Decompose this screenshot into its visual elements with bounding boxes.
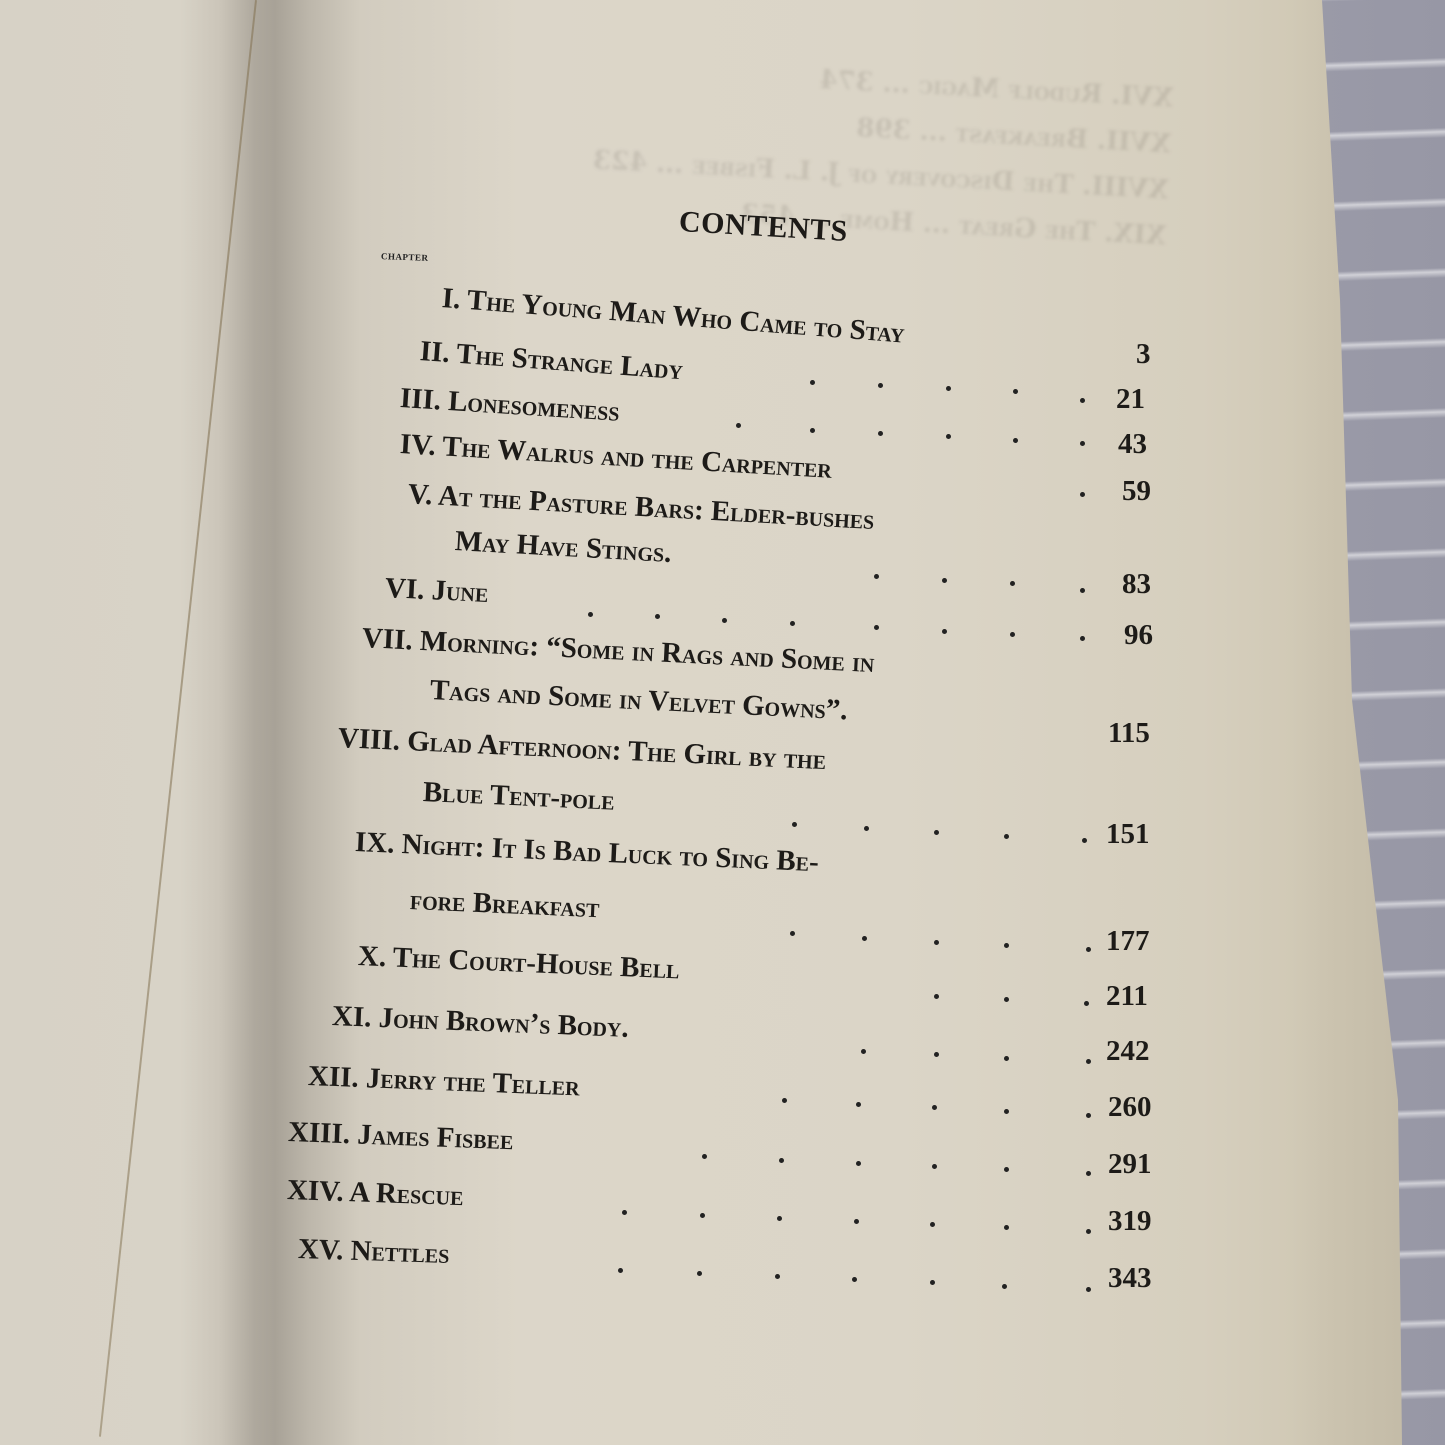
chapter-title: James Fisbee xyxy=(357,1119,514,1157)
chapter-page: 319 xyxy=(1108,1205,1152,1238)
page-title: CONTENTS xyxy=(678,205,849,249)
leader-dot xyxy=(782,1098,787,1103)
leader-dot xyxy=(697,1271,702,1276)
chapter-row: X. The Court-House Bell xyxy=(357,940,680,986)
chapter-row: I. The Young Man Who Came to Stay xyxy=(441,282,906,350)
leader-dot xyxy=(942,629,947,634)
chapter-page: 211 xyxy=(1106,980,1148,1013)
chapter-page: 96 xyxy=(1124,619,1153,652)
chapter-title: Night: It Is Bad Luck to Sing Be- xyxy=(401,828,819,878)
chapter-numeral: XV. xyxy=(297,1233,343,1266)
leader-dot xyxy=(779,1158,784,1163)
leader-dot xyxy=(792,822,797,827)
chapter-numeral: XIV. xyxy=(286,1174,344,1208)
leader-dot xyxy=(934,1052,939,1057)
chapter-page: 115 xyxy=(1108,717,1150,750)
leader-dot xyxy=(736,423,741,428)
leader-dot xyxy=(946,434,951,439)
leader-dot xyxy=(622,1210,627,1215)
leader-dot xyxy=(1086,1113,1091,1118)
chapter-title-continuation: May Have Stings. xyxy=(454,525,672,570)
chapter-page: 242 xyxy=(1106,1035,1150,1068)
chapter-page: 291 xyxy=(1108,1148,1152,1181)
leader-dot xyxy=(1004,1056,1009,1061)
chapter-page: 177 xyxy=(1106,925,1150,958)
chapter-title: The Strange Lady xyxy=(455,338,684,387)
leader-dot xyxy=(1082,838,1087,843)
leader-dot xyxy=(1004,997,1009,1002)
chapter-row: XII. Jerry the Teller xyxy=(307,1060,580,1103)
chapter-numeral: XIII. xyxy=(287,1116,350,1150)
leader-dot xyxy=(810,380,815,385)
leader-dot xyxy=(1080,398,1085,403)
chapter-numeral: XII. xyxy=(307,1060,359,1094)
chapter-title-continuation: Tags and Some in Velvet Gowns”. xyxy=(429,674,848,727)
chapter-title: The Walrus and the Carpenter xyxy=(442,430,833,484)
leader-dot xyxy=(854,1219,859,1224)
leader-dot xyxy=(1004,1167,1009,1172)
leader-dot xyxy=(588,612,593,617)
chapter-title: Glad Afternoon: The Girl by the xyxy=(407,725,827,776)
leader-dot xyxy=(1002,1284,1007,1289)
chapter-numeral: III. xyxy=(399,382,442,417)
leader-dot xyxy=(934,940,939,945)
chapter-row: IX. Night: It Is Bad Luck to Sing Be- xyxy=(354,826,819,879)
chapter-page: 59 xyxy=(1122,475,1151,508)
chapter-row: XIV. A Rescue xyxy=(286,1174,464,1213)
chapter-column-label: CHAPTER xyxy=(381,251,429,263)
leader-dot xyxy=(932,1164,937,1169)
leader-dot xyxy=(618,1268,623,1273)
chapter-title-cont-text: Tags and Some in Velvet Gowns” xyxy=(429,674,841,726)
leader-dot xyxy=(930,1222,935,1227)
leader-dot xyxy=(1086,947,1091,952)
leader-dot xyxy=(1010,632,1015,637)
leader-dot xyxy=(946,386,951,391)
chapter-title: Morning: “Some in Rags and Some in xyxy=(419,625,875,679)
chapter-page: 83 xyxy=(1122,568,1151,601)
chapter-page: 260 xyxy=(1108,1091,1152,1124)
chapter-title: Jerry the Teller xyxy=(365,1062,580,1102)
chapter-title: A Rescue xyxy=(349,1176,464,1212)
leader-dot xyxy=(861,1049,866,1054)
leader-dot xyxy=(702,1154,707,1159)
leader-dot xyxy=(1080,588,1085,593)
leader-dot xyxy=(878,383,883,388)
chapter-numeral: I. xyxy=(441,282,462,315)
chapter-numeral: II. xyxy=(419,335,451,369)
leader-dot xyxy=(810,428,815,433)
leader-dot xyxy=(790,621,795,626)
chapter-row: XV. Nettles xyxy=(297,1233,449,1271)
leader-dot xyxy=(856,1161,861,1166)
chapter-row: XI. John Brown’s Body. xyxy=(331,1000,629,1045)
leader-dot xyxy=(775,1274,780,1279)
leader-dot xyxy=(700,1213,705,1218)
leader-dot xyxy=(1080,492,1085,497)
leader-dot xyxy=(1010,581,1015,586)
chapter-row: VIII. Glad Afternoon: The Girl by the xyxy=(337,722,827,777)
leader-dot xyxy=(862,936,867,941)
chapter-numeral: V. xyxy=(407,478,433,511)
leader-dot xyxy=(1013,389,1018,394)
chapter-title: The Court-House Bell xyxy=(392,941,680,985)
chapter-page: 343 xyxy=(1108,1262,1152,1295)
leader-dot xyxy=(874,574,879,579)
leader-dot xyxy=(722,618,727,623)
leader-dot xyxy=(934,994,939,999)
table-of-contents: CONTENTS CHAPTER I. The Young Man Who Ca… xyxy=(0,0,1445,1445)
leader-dot xyxy=(934,830,939,835)
chapter-page: 43 xyxy=(1118,428,1147,461)
leader-dot xyxy=(856,1102,861,1107)
chapter-row: XIII. James Fisbee xyxy=(287,1116,514,1157)
leader-dot xyxy=(878,431,883,436)
leader-dot xyxy=(874,625,879,630)
chapter-title-continuation: Blue Tent-pole xyxy=(422,776,615,818)
leader-dot xyxy=(864,826,869,831)
leader-dot xyxy=(1086,1171,1091,1176)
chapter-title: John Brown’s Body. xyxy=(378,1002,629,1044)
leader-dot xyxy=(1086,1287,1091,1292)
leader-dot xyxy=(1086,1059,1091,1064)
leader-dot xyxy=(790,931,795,936)
leader-dot xyxy=(1086,1229,1091,1234)
chapter-numeral: XI. xyxy=(331,1000,372,1034)
leader-dot xyxy=(1080,636,1085,641)
leader-dot xyxy=(1080,441,1085,446)
chapter-row: IV. The Walrus and the Carpenter xyxy=(399,428,833,486)
chapter-row: III. Lonesomeness xyxy=(399,382,621,429)
chapter-title: Nettles xyxy=(350,1235,450,1270)
leader-dot xyxy=(1004,1109,1009,1114)
chapter-numeral: VIII. xyxy=(337,722,400,757)
chapter-numeral: IX. xyxy=(354,826,395,860)
chapter-page: 151 xyxy=(1106,818,1150,851)
leader-dot xyxy=(930,1280,935,1285)
chapter-title-continuation: fore Breakfast xyxy=(409,884,600,925)
leader-dot xyxy=(852,1277,857,1282)
leader-dot xyxy=(942,578,947,583)
chapter-numeral: X. xyxy=(357,940,387,973)
chapter-page: 3 xyxy=(1136,338,1151,371)
leader-dot xyxy=(1004,943,1009,948)
leader-dot xyxy=(1013,438,1018,443)
leader-dot xyxy=(1004,834,1009,839)
leader-dot xyxy=(1084,1001,1089,1006)
chapter-title: The Young Man Who Came to Stay xyxy=(466,284,906,350)
chapter-numeral: VI. xyxy=(384,572,425,606)
leader-dot xyxy=(655,614,660,619)
leader-dot xyxy=(777,1216,782,1221)
chapter-page: 21 xyxy=(1116,383,1145,416)
leader-dot xyxy=(932,1105,937,1110)
chapter-title: Lonesomeness xyxy=(447,385,620,428)
chapter-row: VI. June xyxy=(384,572,489,610)
chapter-title: June xyxy=(431,574,489,609)
leader-dot xyxy=(1004,1225,1009,1230)
chapter-row: II. The Strange Lady xyxy=(419,335,684,387)
chapter-numeral: IV. xyxy=(399,428,437,462)
chapter-numeral: VII. xyxy=(361,622,413,656)
chapter-row: VII. Morning: “Some in Rags and Some in xyxy=(361,622,875,680)
